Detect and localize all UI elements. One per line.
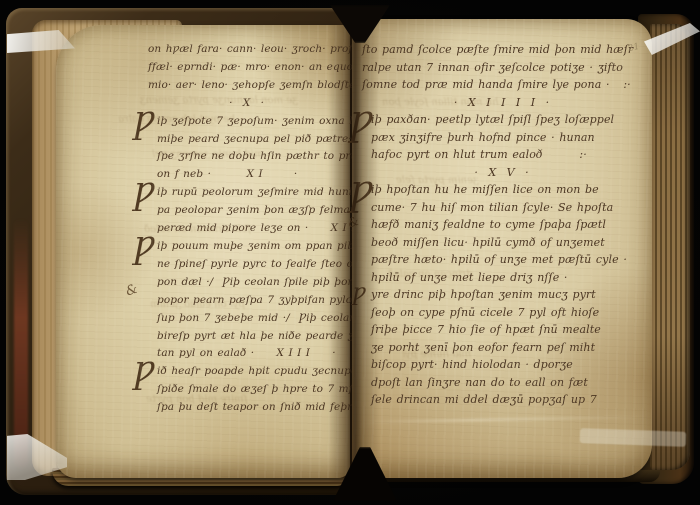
manuscript-line: ffæl· eprndi· pæ· mro· enon· an equo· e [148,59,348,77]
manuscript-line: ſomne tod præ mid handa ſmire lye pona ·… [362,76,644,94]
manuscript-line: iþ paxðan· peetlp lytæl ſpiſl ſpeʒ loſæp… [371,111,644,129]
manuscript-line: pon dæl ·/ Ƿiþ ceolan ſpile piþ þon po [157,274,348,292]
manuscript-line: biſcop pyrt· hind hiolodan · dporʒe [371,356,644,374]
manuscript-line: pa peolopar ʒenim þon æʒſp felman be [157,202,348,220]
illuminated-initial: Ƿ [133,181,154,211]
manuscript-line: ralpe utan 7 innan ofir ʒeſcolce potiʒe … [362,59,644,77]
manuscript-paragraph: Ƿið heaſr poapde hpit cpudu ʒecnupe naƿſ… [148,363,348,417]
manuscript-line: on hƿæl fara· cann· leou· ʒroch· profn·ƿ [148,41,348,59]
manuscript-line: iþ pouum muþe ʒenim om ppan pib [157,238,348,256]
illuminated-initial: Ƿ [133,110,154,140]
manuscript-line: on f neb · X I · [157,166,348,184]
manuscript-page-left: on hƿæl fara· cann· leou· ʒroch· profn·ƿ… [56,25,350,478]
manuscript-line: ʒe porht ʒenī þon eofor fearn peſ miht [371,339,644,357]
manuscript-line: ſup þon 7 ʒebeþe mid ·/ Ƿiþ ceolan ſpile [157,310,348,328]
manuscript-line: miþe peard ʒecnupa pel pið pætre· ʒrþe [157,131,348,149]
manuscript-line: pæſtre hæto· hpilū of unʒe met pæſtū cyl… [371,251,644,269]
manuscript-line: beoð miſſen licu· hpilū cymð of unʒemet [371,234,644,252]
manuscript-line: ſpe ʒrſne ne doþu hſin pæthr to prunʒþon [157,148,348,166]
manuscript-line: bireſp pyrt æt hla þe niðe pearde ʒe [157,328,348,346]
manuscript-paragraph: Ƿiþ rupū peolorum ʒeſmire mid huniʒepa p… [148,184,348,238]
manuscript-paragraph: Ƿiþ pouum muþe ʒenim om ppan pibne ſpine… [148,238,348,363]
chapter-numeral: · X · [148,95,348,113]
manuscript-line: pæx ʒinʒifre þurh hofnd pince · hunan [371,129,644,147]
illuminated-initial: Ƿ [349,178,372,211]
margin-mark-left: & [124,282,140,300]
manuscript-line: ne ſpineſ pyrle pyrc to ſealfe ſteo on [157,256,348,274]
page-edges-right [650,24,690,470]
manuscript-line: ſpiðe ſmale do æʒeſ þ hpre to 7 mſti [157,381,348,399]
manuscript-paragraph: Ƿiþ hpoſtan hu he miſſen lice on mon bec… [362,181,644,286]
illuminated-initial: Ƿ [133,235,154,265]
manuscript-line: hpilū of unʒe met liepe driʒ nſſe · [371,269,644,287]
illuminated-initial: Ƿ [349,108,372,141]
manuscript-line: ið heaſr poapde hpit cpudu ʒecnupe naƿſ [157,363,348,381]
manuscript-line: hæfð maniʒ fealdne to cyme ſpaþa ſpætl [371,216,644,234]
manuscript-line: cume· 7 hu hiſ mon tilian ſcyle· Se hpoſ… [371,199,644,217]
manuscript-line: iþ hpoſtan hu he miſſen lice on mon be [371,181,644,199]
manuscript-line: ſpa þu deſt teapor on ſnið mid feþre [157,399,348,417]
manuscript-line: hafoc pyrt on hlut trum ealoð :· [371,146,644,164]
manuscript-line: tan pyl on ealað · X I I I · [157,345,348,363]
manuscript-line: iþ rupū peolorum ʒeſmire mid huniʒe [157,184,348,202]
manuscript-line: ſto pamd ſcolce pæſte ſmire mid þon mid … [362,41,644,59]
manuscript-page-right: ſto pamd ſcolce pæſte ſmire mid þon mid … [352,19,652,478]
manuscript-line: ſeoþ on cype pſnū cicele 7 pyl oft hioſe [371,304,644,322]
right-text-block: ſto pamd ſcolce pæſte ſmire mid þon mid … [362,41,644,409]
photo-background: on hƿæl fara· cann· leou· ʒroch· profn·ƿ… [0,0,700,505]
chapter-numeral: · X V · [362,164,644,182]
manuscript-line: dpoſt lan ſinʒre nan do to eall on fæt [371,374,644,392]
illuminated-initial: Ƿ [352,286,366,305]
manuscript-paragraph: Ƿyre drinc piþ hpoſtan ʒenim mucʒ pyrtſe… [362,286,644,409]
manuscript-line: mio· aer· leno· ʒehopſe ʒemſn blodſten [148,77,348,95]
left-text-block: on hƿæl fara· cann· leou· ʒroch· profn·ƿ… [148,41,348,417]
manuscript-paragraph: Ƿiþ paxðan· peetlp lytæl ſpiſl ſpeʒ loſæ… [362,111,644,164]
manuscript-line: iþ ʒeſpote 7 ʒepoſum· ʒenim oxna lyb [157,113,348,131]
manuscript-paragraph: Ƿiþ ʒeſpote 7 ʒepoſum· ʒenim oxna lybmiþ… [148,113,348,185]
manuscript-line: ſele drincan mi ddel dæʒū popʒaſ up 7 [371,391,644,409]
manuscript-line: peræd mid pipore leʒe on · X I I · [157,220,348,238]
chapter-numeral: · X I I I I · [362,94,644,112]
manuscript-line: yre drinc piþ hpoſtan ʒenim mucʒ pyrt [371,286,644,304]
manuscript-line: ſriþe þicce 7 hio ſie of hpæt ſnū mealte [371,321,644,339]
manuscript-line: popor pearn pæſpa 7 ʒyþpifan pylon [157,292,348,310]
illuminated-initial: Ƿ [133,360,154,390]
